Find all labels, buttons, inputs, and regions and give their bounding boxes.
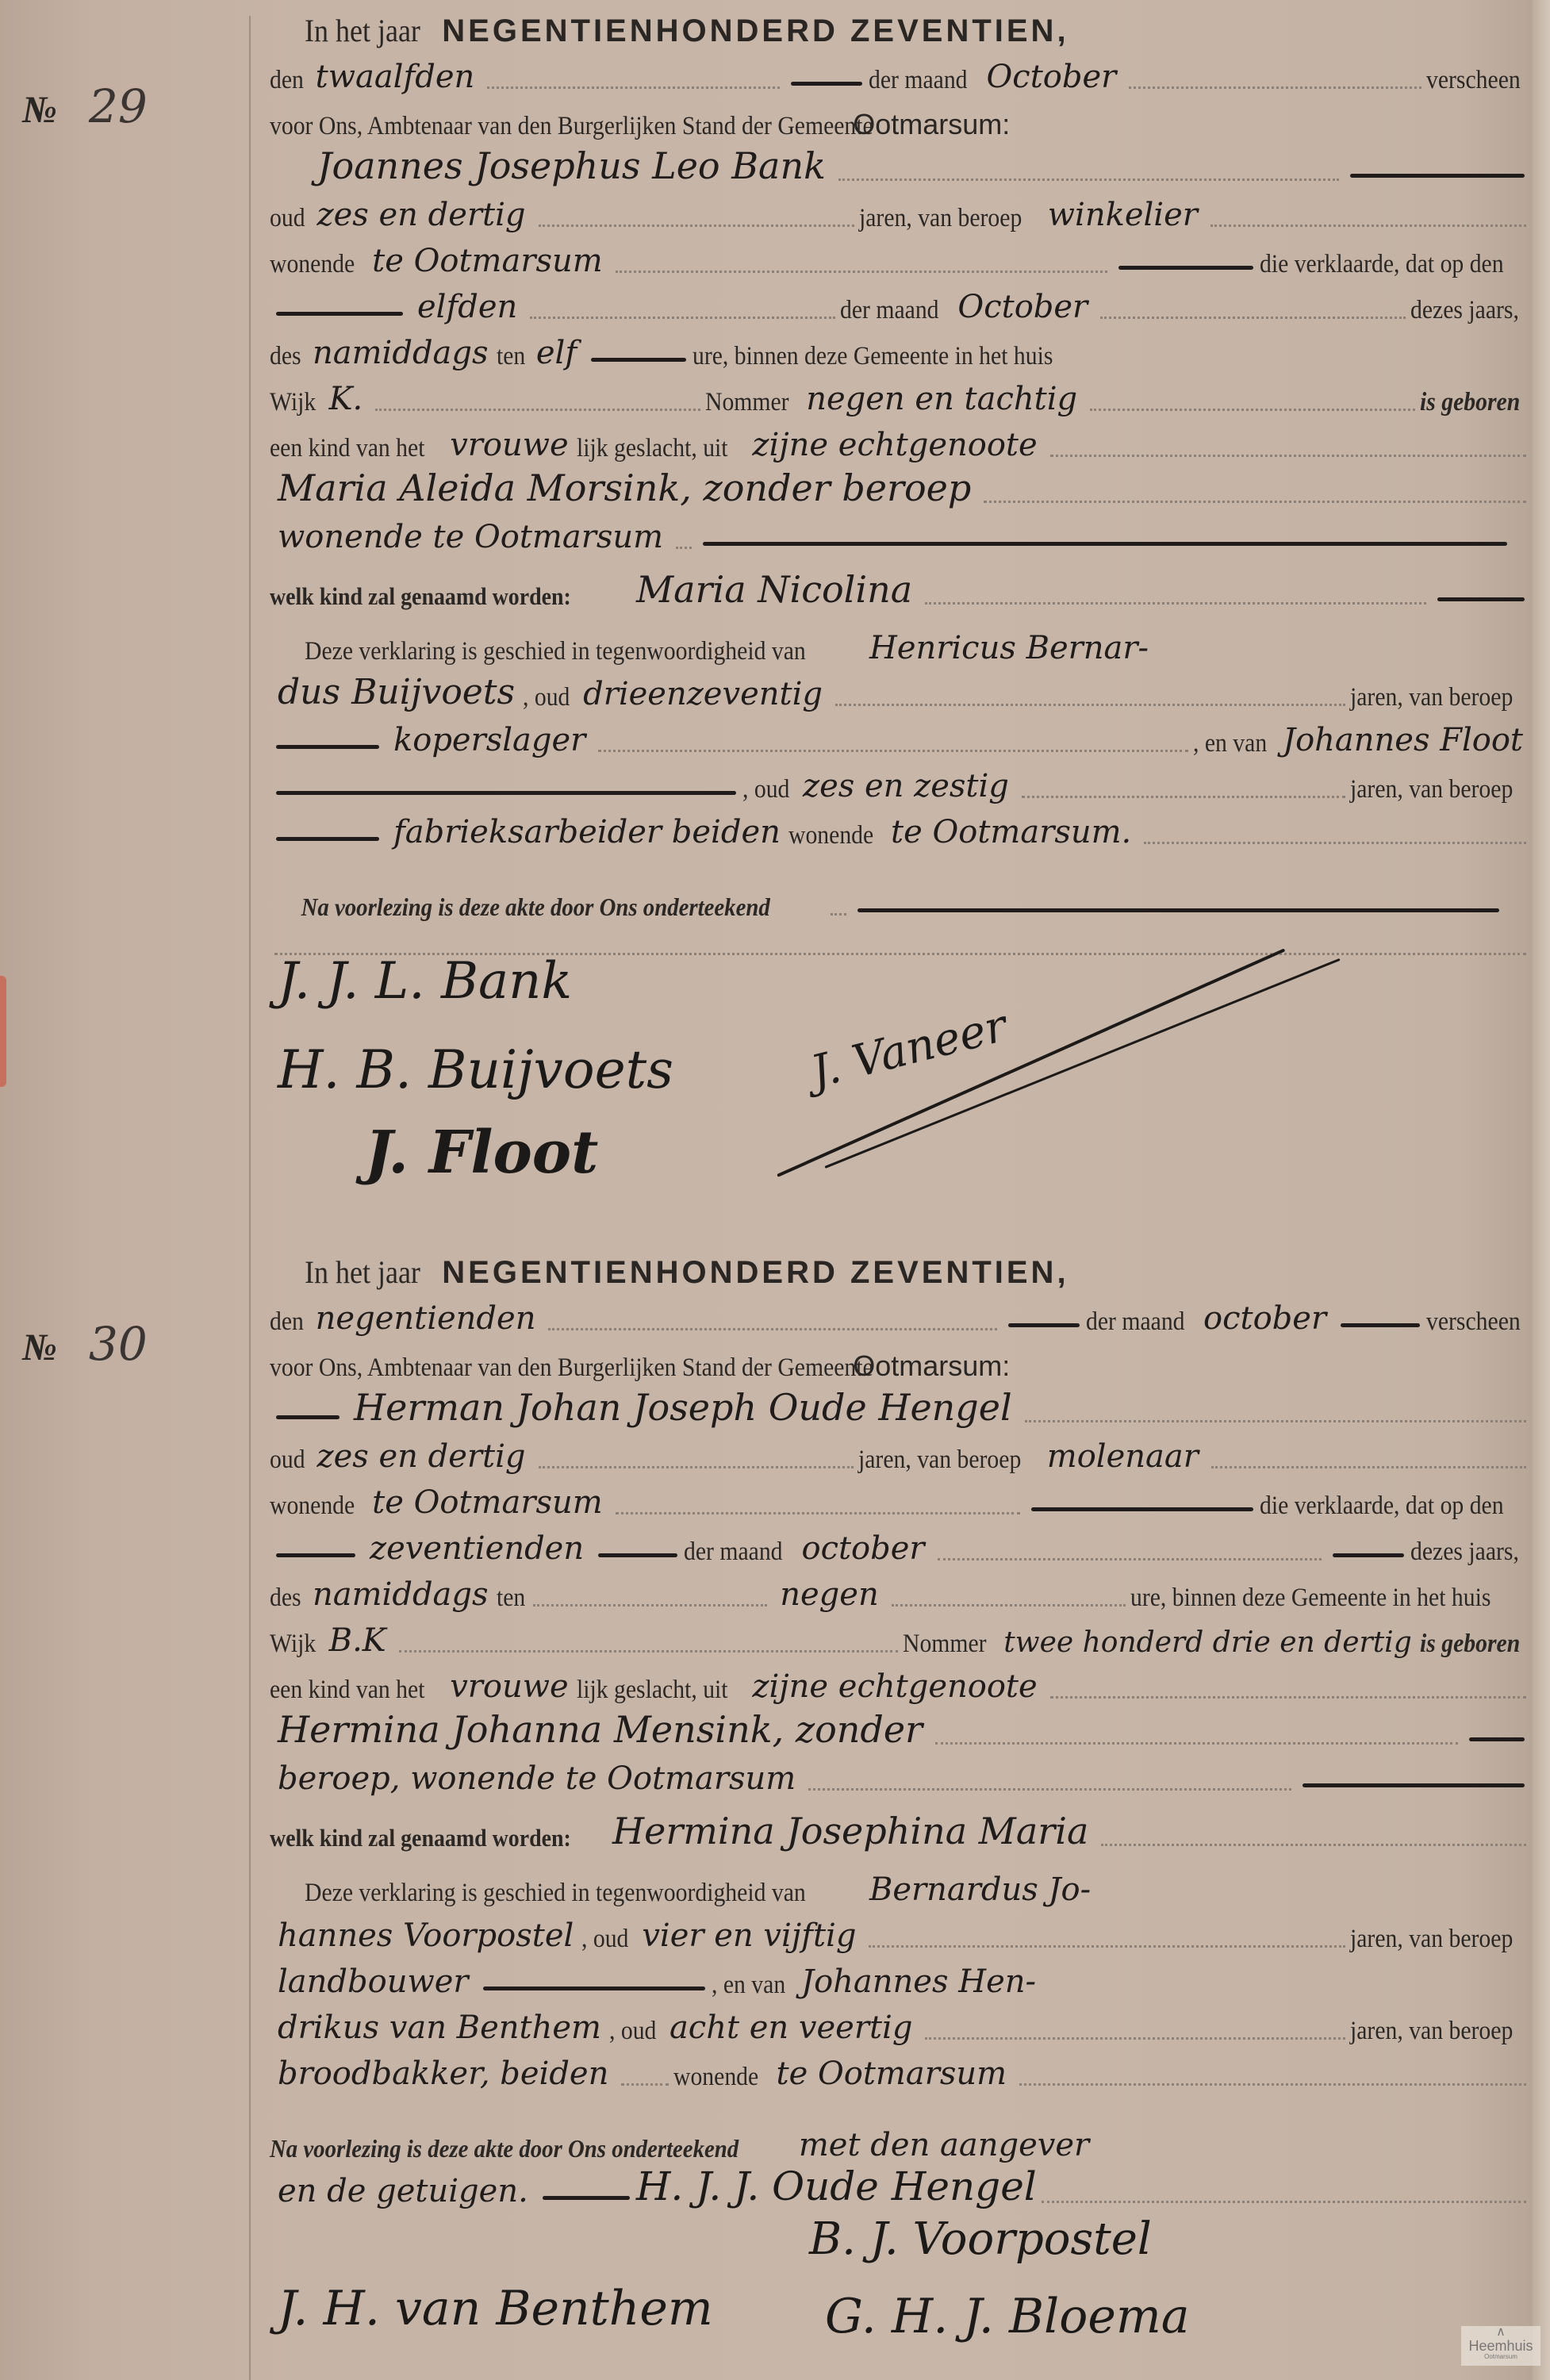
line-declarant: Joannes Josephus Leo Bank bbox=[270, 141, 1531, 187]
field-spouse-intro: zijne echtgenoote bbox=[744, 427, 1045, 463]
book-spine-edge bbox=[1533, 0, 1550, 2380]
line-witness2-occ: fabrieksarbeider beiden wonende te Ootma… bbox=[270, 804, 1531, 850]
label-wonende: wonende bbox=[270, 1491, 355, 1521]
field-witness2-age: zes en zestig bbox=[795, 768, 1017, 804]
field-witness1-name-cont: dus Buijvoets bbox=[270, 672, 523, 712]
field-mother-residence: beroep, wonende te Ootmarsum bbox=[270, 1760, 804, 1797]
label-wonende: wonende bbox=[673, 2063, 758, 2092]
field-part-of-day: namiddags bbox=[305, 335, 497, 371]
label-wonende: wonende bbox=[788, 821, 873, 850]
label-oud: , oud bbox=[523, 683, 570, 712]
line-birth-date: elfden der maand October dezes jaars, bbox=[270, 279, 1531, 325]
label-nommer: Nommer bbox=[903, 1630, 987, 1659]
label-oud: , oud bbox=[742, 775, 789, 804]
field-day: twaalfden bbox=[308, 59, 483, 95]
label-verscheen: verscheen bbox=[1426, 66, 1521, 95]
signature-witness-2: J. H. van Benthem bbox=[278, 2281, 713, 2336]
label-child-name: welk kind zal genaamd worden: bbox=[270, 582, 571, 611]
line-closing: Na voorlezing is deze akte door Ons onde… bbox=[270, 850, 1531, 922]
label-dezes-jaars: dezes jaars, bbox=[1410, 296, 1519, 325]
signature-declarant: H. J. J. Oude Hengel bbox=[636, 2163, 1037, 2209]
field-hour: elf bbox=[528, 335, 585, 371]
header-prefix: In het jaar bbox=[305, 12, 420, 49]
signatures-29: J. J. L. Bank H. B. Buijvoets J. Floot J… bbox=[270, 936, 1531, 1222]
field-nommer: negen en tachtig bbox=[798, 381, 1085, 417]
line-witness1: dus Buijvoets , oud drieenzeventig jaren… bbox=[270, 666, 1531, 712]
field-sex: vrouwe bbox=[442, 427, 576, 463]
label-oud: , oud bbox=[609, 2017, 656, 2046]
field-spouse-intro: zijne echtgenoote bbox=[744, 1668, 1045, 1705]
field-declarant: Joannes Josephus Leo Bank bbox=[270, 144, 834, 187]
line-time: des namiddags ten elf ure, binnen deze G… bbox=[270, 325, 1531, 371]
line-declarant: Herman Johan Joseph Oude Hengel bbox=[270, 1383, 1531, 1429]
field-witness1-name: Bernardus Jo- bbox=[861, 1871, 1099, 1908]
signature-witness-1: B. J. Voorpostel bbox=[809, 2213, 1152, 2265]
field-age: zes en dertig bbox=[309, 1438, 534, 1475]
line-age: oud zes en dertig jaren, van beroep mole… bbox=[270, 1429, 1531, 1475]
line-address: Wijk B.K Nommer twee honderd drie en der… bbox=[270, 1613, 1531, 1659]
label-geslacht: lijk geslacht, uit bbox=[577, 434, 728, 463]
field-witness2-occupation: fabrieksarbeider beiden bbox=[386, 814, 788, 850]
label-is-geboren: is geboren bbox=[1420, 1630, 1520, 1659]
label-verscheen: verscheen bbox=[1426, 1307, 1521, 1337]
field-wijk: B.K bbox=[321, 1622, 394, 1659]
line-witness2-age: , oud zes en zestig jaren, van beroep bbox=[270, 758, 1531, 804]
municipality: Ootmarsum: bbox=[853, 108, 1010, 141]
line-mother-2: beroep, wonende te Ootmarsum bbox=[270, 1751, 1531, 1797]
line-witness1-occ: landbouwer , en van Johannes Hen- bbox=[270, 1954, 1531, 2000]
field-month: October bbox=[979, 59, 1125, 95]
label-ten: ten bbox=[497, 1583, 525, 1613]
field-birth-month: october bbox=[793, 1530, 932, 1567]
line-child-name: welk kind zal genaamd worden: Maria Nico… bbox=[270, 555, 1531, 611]
label-nommer: Nommer bbox=[705, 388, 789, 417]
field-witness1-occupation: landbouwer bbox=[270, 1963, 477, 2000]
act-number-29: №29 bbox=[22, 79, 148, 133]
line-witness2-occ: broodbakker, beiden wonende te Ootmarsum bbox=[270, 2046, 1531, 2092]
line-time: des namiddags ten negen ure, binnen deze… bbox=[270, 1567, 1531, 1613]
line-address: Wijk K. Nommer negen en tachtig is gebor… bbox=[270, 371, 1531, 417]
label-oud: oud bbox=[270, 1445, 305, 1475]
line-child-name: welk kind zal genaamd worden: Hermina Jo… bbox=[270, 1797, 1531, 1852]
label-den: den bbox=[270, 66, 304, 95]
label-child-name: welk kind zal genaamd worden: bbox=[270, 1824, 571, 1852]
field-witness1-age: vier en vijftig bbox=[634, 1917, 864, 1954]
field-witness1-age: drieenzeventig bbox=[575, 676, 831, 712]
signature-official: G. H. J. Bloema bbox=[825, 2289, 1190, 2344]
field-part-of-day: namiddags bbox=[305, 1576, 497, 1613]
act-header: In het jaar NEGENTIENHONDERD ZEVENTIEN, bbox=[270, 0, 1531, 49]
label-en-van: , en van bbox=[1193, 729, 1267, 758]
label-ure-huis: ure, binnen deze Gemeente in het huis bbox=[693, 342, 1053, 371]
field-day: negentienden bbox=[308, 1300, 544, 1337]
watermark-subtitle: Ootmarsum bbox=[1461, 2353, 1540, 2360]
line-witness2-age: drikus van Benthem , oud acht en veertig… bbox=[270, 2000, 1531, 2046]
line-witness1: hannes Voorpostel , oud vier en vijftig … bbox=[270, 1908, 1531, 1954]
label-jaren: jaren, van beroep bbox=[1350, 683, 1513, 712]
field-residence: te Ootmarsum bbox=[364, 1484, 611, 1521]
number-sign: № bbox=[22, 1326, 57, 1368]
field-birth-month: October bbox=[950, 289, 1095, 325]
field-birth-day: zeventienden bbox=[362, 1530, 592, 1567]
field-mother: Hermina Johanna Mensink, zonder bbox=[270, 1708, 930, 1751]
page-edge-marker bbox=[0, 976, 6, 1087]
field-sex: vrouwe bbox=[442, 1668, 576, 1705]
field-child-name: Hermina Josephina Maria bbox=[604, 1810, 1096, 1852]
label-month: der maand bbox=[1086, 1307, 1185, 1337]
header-year: NEGENTIENHONDERD ZEVENTIEN, bbox=[442, 13, 1069, 49]
header-year: NEGENTIENHONDERD ZEVENTIEN, bbox=[442, 1255, 1069, 1291]
label-geslacht: lijk geslacht, uit bbox=[577, 1676, 728, 1705]
line-mother-2: wonende te Ootmarsum bbox=[270, 509, 1531, 555]
house-roof-icon: ∧ bbox=[1461, 2326, 1540, 2339]
field-declarant: Herman Johan Joseph Oude Hengel bbox=[346, 1386, 1020, 1429]
label-is-geboren: is geboren bbox=[1420, 388, 1520, 417]
line-residence: wonende te Ootmarsum die verklaarde, dat… bbox=[270, 1475, 1531, 1521]
line-witness-intro: Deze verklaring is geschied in tegenwoor… bbox=[270, 611, 1531, 666]
line-sex: een kind van het vrouwe lijk geslacht, u… bbox=[270, 1659, 1531, 1705]
field-hour: negen bbox=[772, 1576, 886, 1613]
field-witnesses-residence: te Ootmarsum bbox=[769, 2056, 1015, 2092]
line-official: voor Ons, Ambtenaar van den Burgerlijken… bbox=[270, 1337, 1531, 1383]
field-nommer: twee honderd drie en dertig bbox=[996, 1626, 1419, 1659]
header-prefix: In het jaar bbox=[305, 1253, 420, 1291]
margin-rule bbox=[249, 16, 251, 2380]
line-sex: een kind van het vrouwe lijk geslacht, u… bbox=[270, 417, 1531, 463]
line-official: voor Ons, Ambtenaar van den Burgerlijken… bbox=[270, 95, 1531, 141]
label-ure-huis: ure, binnen deze Gemeente in het huis bbox=[1130, 1583, 1491, 1613]
label-en-van: , en van bbox=[712, 1971, 785, 2000]
field-witness1-occupation: koperslager bbox=[386, 722, 593, 758]
label-month: der maand bbox=[869, 66, 968, 95]
label-jaren: jaren, van beroep bbox=[1350, 2017, 1513, 2046]
field-witness2-name: Johannes Hen- bbox=[793, 1963, 1044, 2000]
number-sign: № bbox=[22, 89, 57, 131]
act-header: In het jaar NEGENTIENHONDERD ZEVENTIEN, bbox=[270, 1242, 1531, 1291]
line-residence: wonende te Ootmarsum die verklaarde, dat… bbox=[270, 233, 1531, 279]
act-number-value: 29 bbox=[89, 79, 148, 133]
field-residence: te Ootmarsum bbox=[364, 243, 611, 279]
field-witnesses-residence: te Ootmarsum. bbox=[883, 814, 1139, 850]
label-des: des bbox=[270, 342, 301, 371]
label-oud: oud bbox=[270, 204, 305, 233]
label-witness-intro: Deze verklaring is geschied in tegenwoor… bbox=[305, 1879, 806, 1908]
act-number-value: 30 bbox=[89, 1317, 148, 1371]
field-birth-day: elfden bbox=[409, 289, 525, 325]
label-month: der maand bbox=[840, 296, 939, 325]
field-witness2-age: acht en veertig bbox=[662, 2010, 920, 2046]
birth-act-30: In het jaar NEGENTIENHONDERD ZEVENTIEN, … bbox=[270, 1242, 1531, 2209]
official-text: voor Ons, Ambtenaar van den Burgerlijken… bbox=[270, 112, 873, 141]
line-birth-date: zeventienden der maand october dezes jaa… bbox=[270, 1521, 1531, 1567]
field-age: zes en dertig bbox=[309, 197, 534, 233]
label-month: der maand bbox=[684, 1537, 783, 1567]
field-child-name: Maria Nicolina bbox=[604, 568, 920, 611]
label-jaren: jaren, van beroep bbox=[858, 1445, 1021, 1475]
label-jaren: jaren, van beroep bbox=[1350, 1925, 1513, 1954]
label-jaren: jaren, van beroep bbox=[1350, 775, 1513, 804]
label-oud: , oud bbox=[581, 1925, 628, 1954]
line-mother-1: Maria Aleida Morsink, zonder beroep bbox=[270, 463, 1531, 509]
line-age: oud zes en dertig jaren, van beroep wink… bbox=[270, 187, 1531, 233]
label-verklaarde: die verklaarde, dat op den bbox=[1260, 250, 1504, 279]
field-month: october bbox=[1195, 1300, 1334, 1337]
field-witness2-occupation: broodbakker, beiden bbox=[270, 2056, 616, 2092]
label-des: des bbox=[270, 1583, 301, 1613]
heemhuis-watermark: ∧ Heemhuis Ootmarsum bbox=[1461, 2326, 1540, 2366]
label-witness-intro: Deze verklaring is geschied in tegenwoor… bbox=[305, 637, 806, 666]
label-verklaarde: die verklaarde, dat op den bbox=[1260, 1491, 1504, 1521]
signature-witness-1: H. B. Buijvoets bbox=[278, 1039, 673, 1100]
label-wijk: Wijk bbox=[270, 388, 316, 417]
label-wijk: Wijk bbox=[270, 1630, 316, 1659]
field-occupation: molenaar bbox=[1039, 1438, 1207, 1475]
label-den: den bbox=[270, 1307, 304, 1337]
birth-act-29: In het jaar NEGENTIENHONDERD ZEVENTIEN, … bbox=[270, 0, 1531, 962]
label-jaren: jaren, van beroep bbox=[859, 204, 1022, 233]
field-wijk: K. bbox=[321, 381, 371, 417]
line-closing: Na voorlezing is deze akte door Ons onde… bbox=[270, 2092, 1531, 2163]
field-closing-extra: met den aangever bbox=[791, 2127, 1097, 2163]
line-closing-2: en de getuigen. H. J. J. Oude Hengel bbox=[270, 2163, 1531, 2209]
label-ten: ten bbox=[497, 342, 525, 371]
label-closing: Na voorlezing is deze akte door Ons onde… bbox=[270, 2134, 739, 2163]
label-closing: Na voorlezing is deze akte door Ons onde… bbox=[270, 892, 770, 922]
label-kind-van-het: een kind van het bbox=[270, 434, 424, 463]
act-number-30: №30 bbox=[22, 1317, 148, 1371]
label-wonende: wonende bbox=[270, 250, 355, 279]
signature-witness-2: J. Floot bbox=[365, 1119, 598, 1187]
municipality: Ootmarsum: bbox=[853, 1349, 1010, 1383]
field-witness2-name: Johannes Floot bbox=[1275, 722, 1531, 758]
field-closing-extra-2: en de getuigen. bbox=[270, 2173, 536, 2209]
field-mother: Maria Aleida Morsink, zonder beroep bbox=[270, 466, 979, 509]
signatures-30: B. J. Voorpostel J. H. van Benthem G. H.… bbox=[270, 2205, 1531, 2380]
field-mother-residence: wonende te Ootmarsum bbox=[270, 519, 671, 555]
label-kind-van-het: een kind van het bbox=[270, 1676, 424, 1705]
line-date: den negentienden der maand october versc… bbox=[270, 1291, 1531, 1337]
signature-declarant: J. J. L. Bank bbox=[278, 952, 572, 1011]
line-witness-intro: Deze verklaring is geschied in tegenwoor… bbox=[270, 1852, 1531, 1908]
label-dezes-jaars: dezes jaars, bbox=[1410, 1537, 1519, 1567]
field-occupation: winkelier bbox=[1040, 197, 1206, 233]
line-witness1-occ: koperslager , en van Johannes Floot bbox=[270, 712, 1531, 758]
line-date: den twaalfden der maand October verschee… bbox=[270, 49, 1531, 95]
field-witness1-name: Henricus Bernar- bbox=[861, 630, 1157, 666]
field-witness1-name-cont: hannes Voorpostel bbox=[270, 1917, 581, 1954]
field-witness2-name-cont: drikus van Benthem bbox=[270, 2010, 609, 2046]
watermark-title: Heemhuis bbox=[1461, 2339, 1540, 2353]
official-text: voor Ons, Ambtenaar van den Burgerlijken… bbox=[270, 1353, 873, 1383]
line-mother-1: Hermina Johanna Mensink, zonder bbox=[270, 1705, 1531, 1751]
